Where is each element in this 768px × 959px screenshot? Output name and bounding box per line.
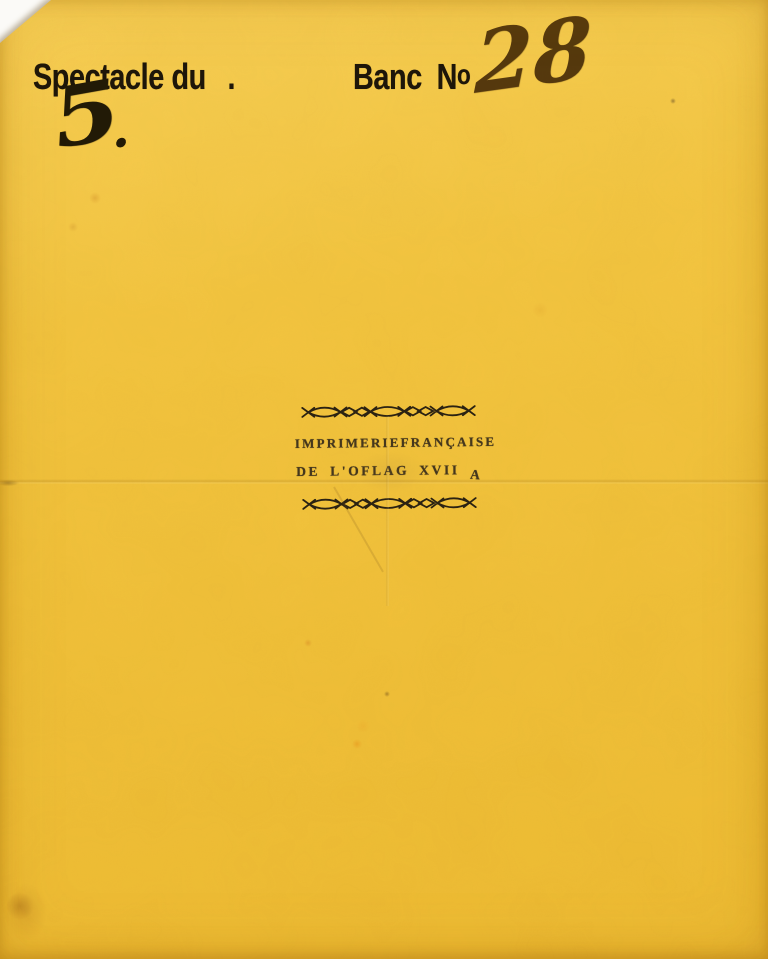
scan-background: { "header": { "spectacle_label": "Specta…: [0, 0, 768, 959]
ticket-scan: Spectacle du. Banc No 28 5 . IMPRIMERIE …: [0, 0, 768, 959]
ticket-paper: Spectacle du. Banc No 28 5 . IMPRIMERIE …: [0, 0, 768, 959]
paper-grain-texture: [0, 0, 768, 959]
